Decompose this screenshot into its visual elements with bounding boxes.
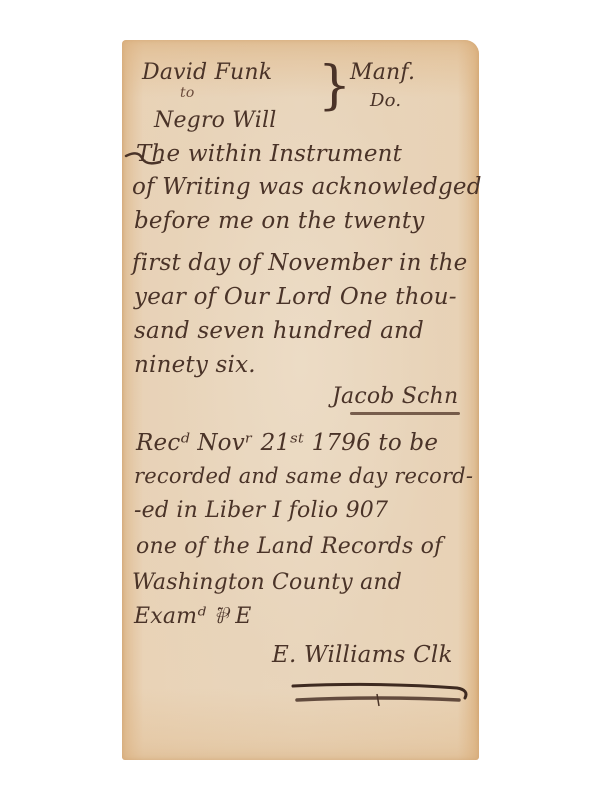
body-line-5: year of Our Lord One thou- [134, 286, 457, 309]
record-line-1: Recᵈ Novʳ 21ˢᵗ 1796 to be [136, 432, 438, 455]
body-line-6: sand seven hundred and [134, 320, 424, 343]
header-doc-type-sub: Do. [370, 92, 401, 110]
document-viewer: David Funk to } Manf. Do. Negro Will The… [0, 0, 600, 800]
record-line-2: recorded and same day record- [134, 466, 473, 487]
header-doc-type: Manf. [350, 62, 415, 84]
body-line-1: The within Instrument [136, 143, 402, 166]
brace-symbol: } [318, 60, 351, 112]
record-line-3: -ed in Liber I folio 907 [134, 500, 388, 522]
margin-mark [124, 150, 164, 170]
signature-flourish [287, 680, 477, 708]
record-line-4: one of the Land Records of [136, 536, 442, 558]
body-line-4: first day of November in the [132, 252, 467, 275]
signature-williams: E. Williams Clk [272, 644, 453, 667]
signature-underline [350, 412, 460, 415]
body-line-3: before me on the twenty [134, 210, 424, 233]
signature-jacob: Jacob Schn [332, 386, 458, 408]
header-party-1-sub: to [180, 86, 194, 100]
record-line-5: Washington County and [132, 572, 402, 594]
record-line-6: Examᵈ ⅌ E [134, 606, 252, 628]
header-party-1: David Funk [142, 62, 272, 84]
manuscript-page: David Funk to } Manf. Do. Negro Will The… [122, 40, 479, 760]
body-line-7: ninety six. [134, 354, 256, 377]
header-party-2: Negro Will [154, 110, 276, 132]
body-line-2: of Writing was acknowledged [132, 176, 482, 199]
